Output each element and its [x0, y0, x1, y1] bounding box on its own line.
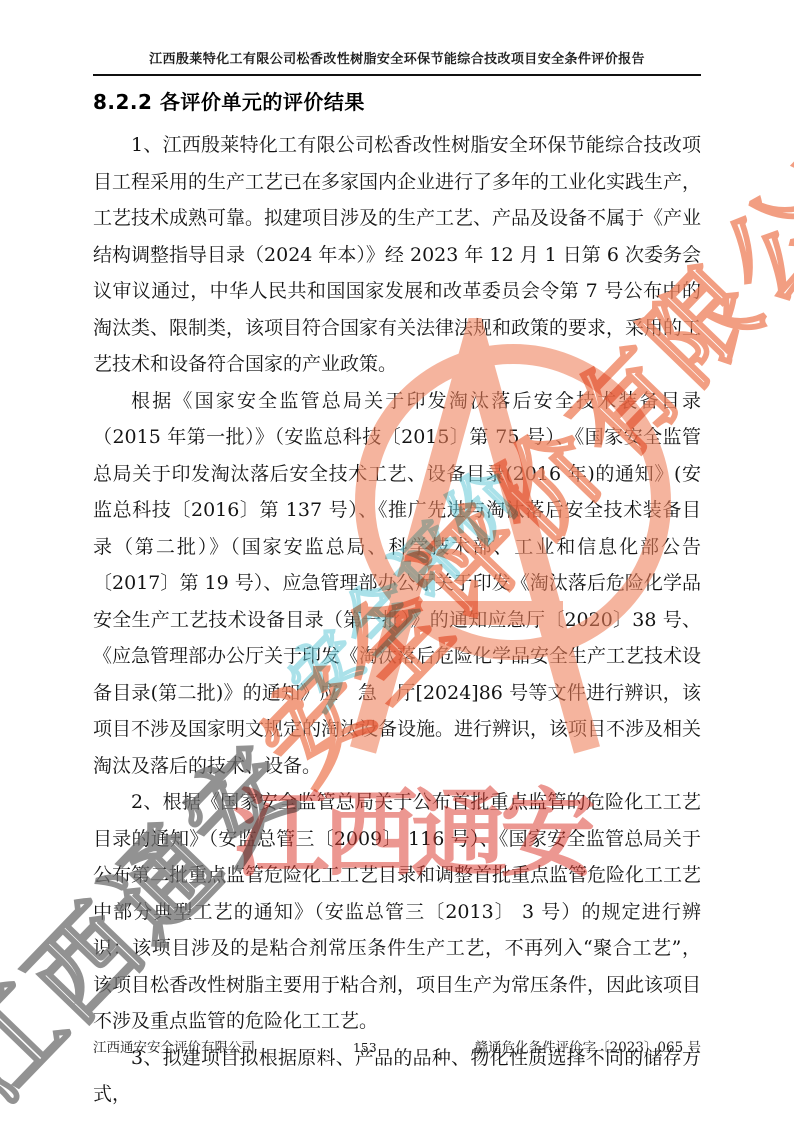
section-heading: 8.2.2 各评价单元的评价结果: [93, 86, 701, 115]
footer-company-name: 江西通安安全评价有限公司: [93, 1036, 255, 1056]
report-page: 江西通安安全评价有限公司 安全评价 江西通安 江西殷莱特化工有限公司松香改性树脂…: [0, 0, 794, 1123]
document-body: 8.2.2 各评价单元的评价结果 1、江西殷莱特化工有限公司松香改性树脂安全环保…: [93, 86, 701, 1113]
page-footer: 江西通安安全评价有限公司 153 赣通危化条件评价字〔2023〕065 号: [93, 1036, 701, 1056]
footer-page-number: 153: [353, 1040, 377, 1055]
paragraph-1: 1、江西殷莱特化工有限公司松香改性树脂安全环保节能综合技改项目工程采用的生产工艺…: [93, 127, 701, 383]
page-header-title: 江西殷莱特化工有限公司松香改性树脂安全环保节能综合技改项目安全条件评价报告: [93, 48, 701, 76]
paragraph-3: 2、根据《国家安全监管总局关于公布首批重点监管的危险化工工艺目录的通知》（安监总…: [93, 784, 701, 1040]
paragraph-2: 根据《国家安全监管总局关于印发淘汰落后安全技术装备目录（2015 年第一批）》（…: [93, 383, 701, 785]
footer-document-number: 赣通危化条件评价字〔2023〕065 号: [475, 1036, 701, 1056]
